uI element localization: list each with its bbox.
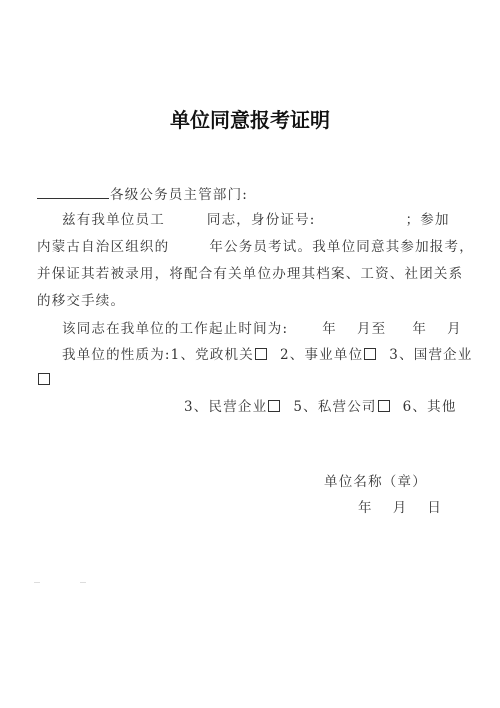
option-number: 5、 [293, 399, 318, 415]
salutation-text: 各级公务员主管部门: [110, 187, 248, 203]
start-month-to-label: 月至 [357, 321, 386, 337]
option-other: 其他 [427, 399, 456, 415]
option-number: 3、 [184, 399, 209, 415]
department-blank [37, 186, 109, 199]
date-year: 年 [358, 500, 373, 516]
option-state-enterprise: 国营企业 [414, 347, 473, 363]
option-private-company: 私营公司 [318, 399, 377, 415]
end-year-label: 年 [412, 321, 427, 337]
scan-speck [34, 582, 40, 583]
paragraph1-line2: 内蒙古自治区组织的年公务员考试。我单位同意其参加报考， [37, 235, 474, 255]
checkbox-party-government[interactable] [255, 348, 267, 360]
salutation: 各级公务员主管部门: [37, 183, 248, 203]
option-number: 6、 [403, 399, 428, 415]
signature-date: 年月日 [358, 496, 442, 516]
option-party-government: 党政机关 [195, 347, 254, 363]
checkbox-private-company[interactable] [378, 400, 390, 412]
paragraph1-line3: 并保证其若被录用，将配合有关单位办理其档案、工资、社团关系 [37, 262, 463, 282]
employee-label: 兹有我单位员工 [62, 212, 165, 228]
unit-name-seal: 单位名称（章） [324, 470, 427, 490]
work-period-label: 该同志在我单位的工作起止时间为: [62, 321, 288, 337]
scan-speck [80, 582, 86, 583]
unit-nature-label: 我单位的性质为: [62, 347, 171, 363]
end-month-label: 月 [447, 321, 462, 337]
document-title: 单位同意报考证明 [0, 104, 500, 133]
date-day: 日 [427, 500, 442, 516]
option-number: 3、 [389, 347, 414, 363]
exam-consent-text: 年公务员考试。我单位同意其参加报考， [209, 239, 474, 255]
unit-nature-line3: 3、民营企业5、私营公司6、其他 [184, 395, 457, 415]
option-number: 2、 [280, 347, 305, 363]
checkbox-state-enterprise[interactable] [38, 373, 50, 385]
participate-text: ；参加 [406, 212, 450, 228]
unit-nature-line2 [37, 372, 51, 388]
checkbox-private-enterprise[interactable] [268, 400, 280, 412]
checkbox-public-institution[interactable] [364, 348, 376, 360]
paragraph1-line1: 兹有我单位员工同志，身份证号:；参加 [62, 208, 450, 228]
unit-nature-line1: 我单位的性质为:1、党政机关2、事业单位3、国营企业 [62, 343, 473, 363]
work-period-line: 该同志在我单位的工作起止时间为:年月至年月 [62, 317, 462, 337]
date-month: 月 [393, 500, 408, 516]
option-private-enterprise: 民营企业 [209, 399, 268, 415]
option-public-institution: 事业单位 [304, 347, 363, 363]
organizer-text: 内蒙古自治区组织的 [37, 239, 169, 255]
id-number-label: 同志，身份证号: [207, 212, 316, 228]
paragraph1-line4: 的移交手续。 [37, 289, 125, 309]
start-year-label: 年 [322, 321, 337, 337]
option-number: 1、 [171, 347, 196, 363]
